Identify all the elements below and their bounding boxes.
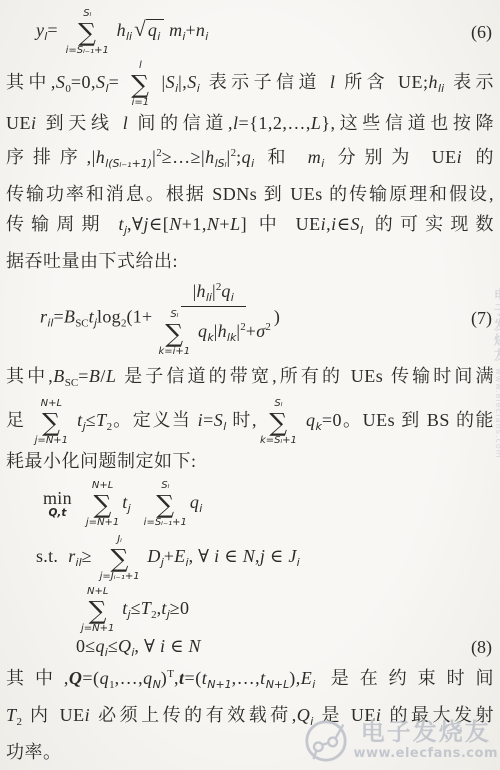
paragraph-2-line-2: 足 N+L∑j=N+1 tj≤T2。定义当 i=Sl 时,Sₗ∑k=Sₗ+1 q… — [0, 398, 500, 446]
paragraph-3-line-1: 其中,Q=(q1,…,qN)T,t=(tN+1,…,tN+L),Ei 是在约束时… — [0, 659, 500, 700]
equation-7-body: ril=BSCtjlog2(1+|hli|2qiSₗ∑k=i+1 qk|hlk|… — [40, 280, 280, 357]
equation-6: yl= Sₗ∑i=Sₗ₋₁+1 hli√qi mi+ni (6) — [0, 8, 500, 56]
equation-6-body: yl= Sₗ∑i=Sₗ₋₁+1 hli√qi mi+ni — [36, 8, 208, 56]
paragraph-1-line-2: UEi 到天线 l 间的信道,l={1,2,…,L},这些信道也按降 — [0, 108, 500, 138]
equation-8-constraint-2-body: N+L∑j=N+1 tj≤T2,tj≥0 — [78, 586, 189, 634]
paragraph-1-line-3: 序排序,|hl(Sₗ₋₁+1)|2≥…≥|hlSₗ|2;qi 和 mi 分别为 … — [0, 138, 500, 179]
equation-6-tag: (6) — [471, 22, 494, 43]
equation-7: ril=BSCtjlog2(1+|hli|2qiSₗ∑k=i+1 qk|hlk|… — [0, 280, 500, 357]
equation-8-constraint-2: N+L∑j=N+1 tj≤T2,tj≥0 — [0, 586, 500, 634]
equation-8-constraint-3: 0≤qi≤Qi, ∀ i ∈ N (8) — [0, 636, 500, 659]
equation-8-constraint-1: s.t.ril≥ Jᵢ∑j=Jᵢ₋₁+1 Dj+Ei, ∀ i ∈ N,j ∈ … — [0, 534, 500, 582]
elecfans-side-brand: 电子发烧友 — [491, 288, 500, 363]
equation-8-constraint-3-body: 0≤qi≤Qi, ∀ i ∈ N — [76, 636, 201, 659]
equation-8-objective: minQ,tN+L∑j=N+1tjSₗ∑i=Sₗ₋₁+1qi — [0, 480, 500, 528]
paragraph-3-line-2: T2 内 UEi 必须上传的有效载荷,Qi 是 UEi 的最大发射 — [0, 700, 500, 737]
equation-8-tag: (8) — [471, 637, 494, 658]
elecfans-side-url: www.elecfans.com — [494, 368, 500, 459]
elecfans-side-watermark: 电子发烧友 www.elecfans.com — [489, 288, 500, 459]
paragraph-1-line-6: 据吞吐量由下式给出: — [0, 246, 500, 276]
paragraph-1-line-4: 传输功率和消息。根据 SDNs 到 UEs 的传输原理和假设, — [0, 179, 500, 209]
scanned-paper-page: yl= Sₗ∑i=Sₗ₋₁+1 hli√qi mi+ni (6) 其中,S0=0… — [0, 0, 500, 770]
paragraph-1-line-5: 传输周期 tj,∀j∈[N+1,N+L] 中 UEi,i∈Sl 的可实现数 — [0, 209, 500, 246]
paragraph-3-line-3: 功率。 — [0, 737, 500, 767]
paragraph-2-line-3: 耗最小化问题制定如下: — [0, 446, 500, 476]
equation-8-objective-body: minQ,tN+L∑j=N+1tjSₗ∑i=Sₗ₋₁+1qi — [40, 480, 202, 528]
paragraph-1-line-1: 其中,S0=0,Sl= l∑i=1 |Si|,Si 表示子信道 l 所含 UE;… — [0, 60, 500, 108]
equation-8-constraint-1-body: s.t.ril≥ Jᵢ∑j=Jᵢ₋₁+1 Dj+Ei, ∀ i ∈ N,j ∈ … — [36, 534, 300, 582]
paragraph-2-line-1: 其中,BSC=B/L 是子信道的带宽,所有的 UEs 传输时间满 — [0, 361, 500, 398]
